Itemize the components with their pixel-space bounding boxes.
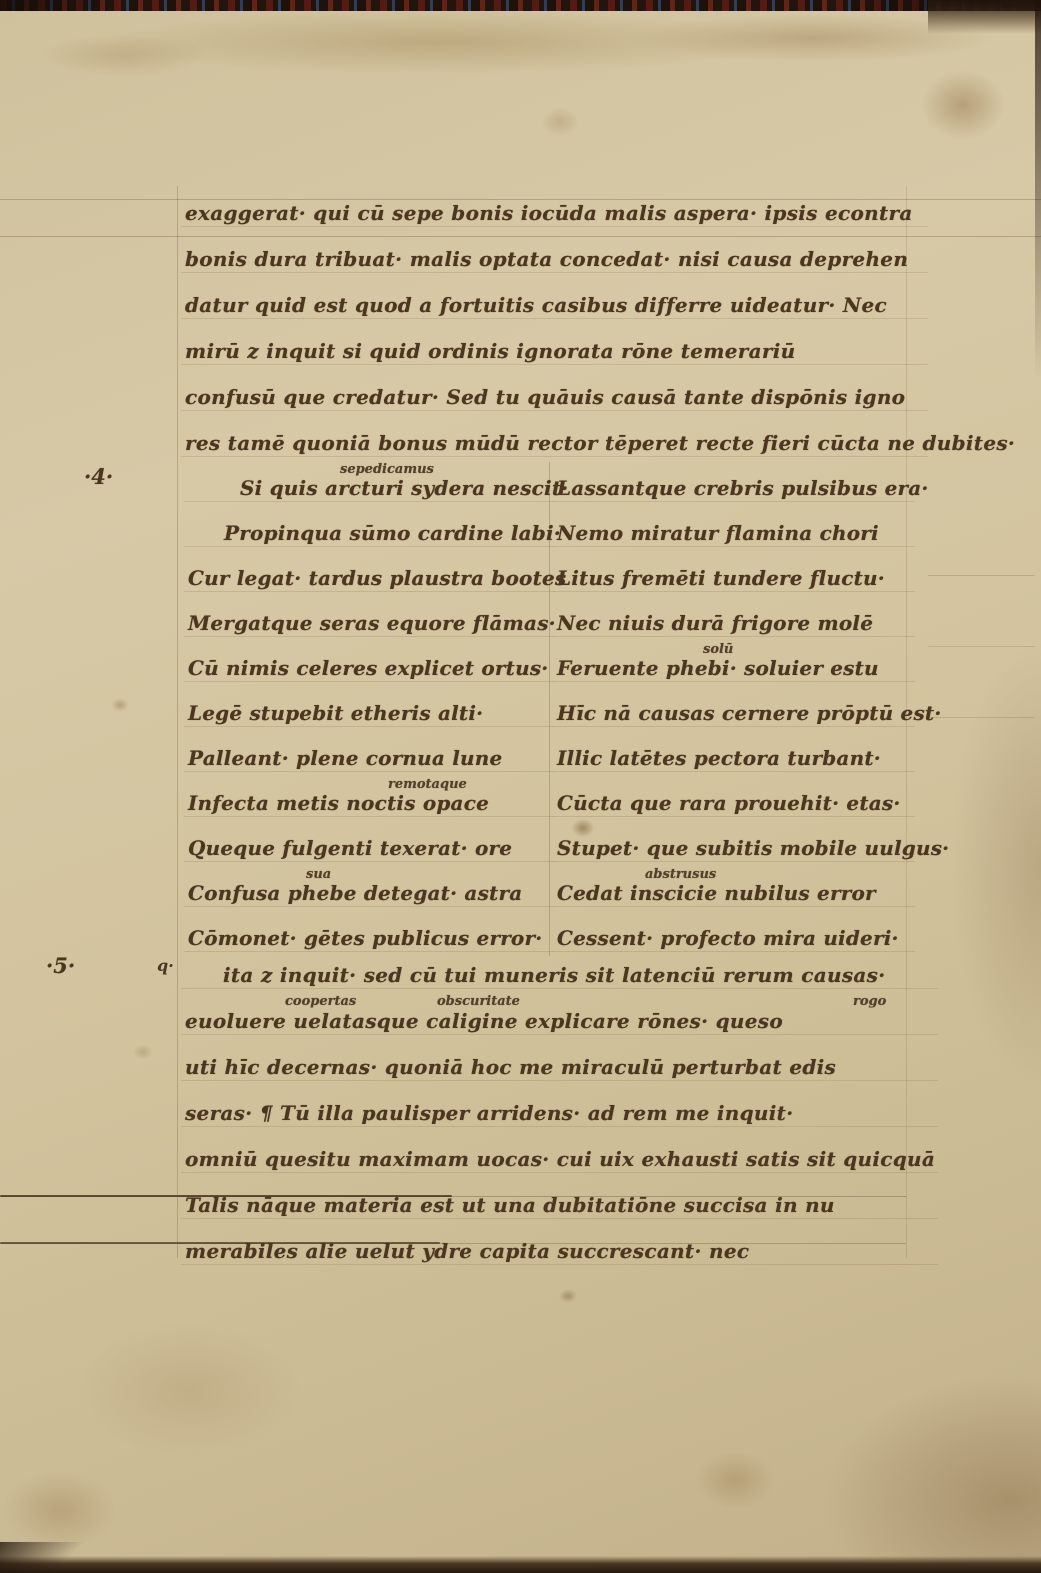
ruling-line-horizontal <box>928 575 1035 576</box>
verse-column-left: Si quis arcturi sydera nescit· sepedicam… <box>188 466 546 961</box>
verse-line-text: Cū nimis celeres explicet ortus· <box>188 656 548 680</box>
verse-line-text: Cōmonet· gētes publicus error· <box>188 926 542 950</box>
manuscript-line-text: euoluere uelatasque caligine explicare r… <box>185 1009 783 1033</box>
manuscript-line: Talis nāque materia est ut una dubitatiō… <box>185 1182 930 1228</box>
manuscript-line: exaggerat· qui cū sepe bonis iocūda mali… <box>185 190 920 236</box>
verse-line: Nemo miratur flamina chori <box>557 511 907 556</box>
verse-line: Cū nimis celeres explicet ortus· <box>188 646 546 691</box>
manuscript-line: datur quid est quod a fortuitis casibus … <box>185 282 920 328</box>
interlinear-gloss: rogo <box>853 995 886 1008</box>
verse-column-right: Lassantque crebris pulsibus era· Nemo mi… <box>557 466 907 961</box>
interlinear-gloss: coopertas <box>285 995 356 1008</box>
verse-line-text: Infecta metis noctis opace <box>188 791 489 815</box>
manuscript-line-text: exaggerat· qui cū sepe bonis iocūda mali… <box>185 201 913 225</box>
verse-line: Litus fremēti tundere fluctu· <box>557 556 907 601</box>
ruling-line-vertical-left <box>177 186 178 1258</box>
manuscript-line: merabiles alie uelut ydre capita succres… <box>185 1228 930 1274</box>
verse-line-text: Mergatque seras equore flāmas· <box>188 611 556 635</box>
verse-line-text: Nemo miratur flamina chori <box>557 521 879 545</box>
manuscript-page: ·4· ·5· q· exaggerat· qui cū sepe bonis … <box>0 0 1041 1573</box>
verse-line-text: Litus fremēti tundere fluctu· <box>557 566 885 590</box>
verse-line: Legē stupebit etheris alti· <box>188 691 546 736</box>
verse-line-text: Lassantque crebris pulsibus era· <box>557 476 929 500</box>
interlinear-gloss: solū <box>703 643 733 656</box>
interlinear-gloss: sepedicamus <box>288 463 434 476</box>
verse-line: Cedat inscicie nubilus error abstrusus <box>557 871 907 916</box>
verse-line-text: Si quis arcturi sydera nescit· <box>240 476 568 500</box>
interlinear-gloss: remotaque <box>388 778 467 791</box>
verse-line-text: Cur legat· tardus plaustra bootes <box>188 566 566 590</box>
manuscript-line-text: mirū z inquit si quid ordinis ignorata r… <box>185 339 795 363</box>
manuscript-line-text: datur quid est quod a fortuitis casibus … <box>185 293 887 317</box>
manuscript-line: uti hīc decernas· quoniā hoc me miraculū… <box>185 1044 930 1090</box>
verse-line: Illic latētes pectora turbant· <box>557 736 907 781</box>
verse-line-text: Cedat inscicie nubilus error <box>557 881 876 905</box>
manuscript-line: euoluere uelatasque caligine explicare r… <box>185 998 930 1044</box>
verse-line: Palleant· plene cornua lune <box>188 736 546 781</box>
margin-number-5: ·5· <box>46 953 75 978</box>
manuscript-line-text: ita z inquit· sed cū tui muneris sit lat… <box>223 963 885 987</box>
page-edge-top-right <box>928 0 1041 34</box>
verse-line-text: Palleant· plene cornua lune <box>188 746 502 770</box>
verse-line: Queque fulgenti texerat· ore <box>188 826 546 871</box>
manuscript-line: seras· ¶ Tū illa paulisper arridens· ad … <box>185 1090 930 1136</box>
manuscript-line-text: confusū que credatur· Sed tu quāuis caus… <box>185 385 905 409</box>
interlinear-gloss: obscuritate <box>437 995 520 1008</box>
manuscript-line: bonis dura tribuat· malis optata conceda… <box>185 236 920 282</box>
prose-block-bottom: ita z inquit· sed cū tui muneris sit lat… <box>185 952 930 1274</box>
prose-block-top: exaggerat· qui cū sepe bonis iocūda mali… <box>185 190 920 466</box>
margin-number-4: ·4· <box>84 464 113 489</box>
verse-line-text: Illic latētes pectora turbant· <box>557 746 881 770</box>
verse-line: Stupet· que subitis mobile uulgus· <box>557 826 907 871</box>
verse-line: Si quis arcturi sydera nescit· sepedicam… <box>188 466 546 511</box>
page-edge-bottom <box>0 1556 1041 1573</box>
manuscript-line-text: omniū quesitu maximam uocas· cui uix exh… <box>185 1147 935 1171</box>
verse-line-text: Feruente phebi· soluier estu <box>557 656 879 680</box>
verse-line: Confusa phebe detegat· astra sua <box>188 871 546 916</box>
manuscript-line-text: res tamē quoniā bonus mūdū rector tēpere… <box>185 431 1015 455</box>
verse-line-text: Stupet· que subitis mobile uulgus· <box>557 836 949 860</box>
manuscript-line-text: Talis nāque materia est ut una dubitatiō… <box>185 1193 835 1217</box>
manuscript-line-text: bonis dura tribuat· malis optata conceda… <box>185 247 908 271</box>
verse-line-text: Hīc nā causas cernere prōptū est· <box>557 701 942 725</box>
verse-line-text: Nec niuis durā frigore molē <box>557 611 873 635</box>
manuscript-line-text: seras· ¶ Tū illa paulisper arridens· ad … <box>185 1101 793 1125</box>
verse-line-text: Propinqua sūmo cardine labi· <box>224 521 561 545</box>
verse-line: Hīc nā causas cernere prōptū est· <box>557 691 907 736</box>
verse-line: Nec niuis durā frigore molē <box>557 601 907 646</box>
manuscript-line: res tamē quoniā bonus mūdū rector tēpere… <box>185 420 920 466</box>
paragraph-mark: q· <box>157 956 174 975</box>
verse-line-text: Legē stupebit etheris alti· <box>188 701 483 725</box>
binding-edge-top-shade <box>0 0 1041 11</box>
manuscript-line-text: uti hīc decernas· quoniā hoc me miraculū… <box>185 1055 836 1079</box>
verse-line-text: Queque fulgenti texerat· ore <box>188 836 512 860</box>
verse-line: Feruente phebi· soluier estu solū <box>557 646 907 691</box>
verse-line: Cūcta que rara prouehit· etas· <box>557 781 907 826</box>
verse-line: Cur legat· tardus plaustra bootes <box>188 556 546 601</box>
manuscript-line: ita z inquit· sed cū tui muneris sit lat… <box>185 952 930 998</box>
ruling-line-horizontal <box>928 646 1035 647</box>
verse-line-text: Cessent· profecto mira uideri· <box>557 926 899 950</box>
interlinear-gloss: sua <box>306 868 331 881</box>
verse-line-text: Cūcta que rara prouehit· etas· <box>557 791 901 815</box>
manuscript-line: omniū quesitu maximam uocas· cui uix exh… <box>185 1136 930 1182</box>
verse-line: Lassantque crebris pulsibus era· <box>557 466 907 511</box>
manuscript-line: confusū que credatur· Sed tu quāuis caus… <box>185 374 920 420</box>
manuscript-line: mirū z inquit si quid ordinis ignorata r… <box>185 328 920 374</box>
verse-line-text: Confusa phebe detegat· astra <box>188 881 522 905</box>
interlinear-gloss: abstrusus <box>645 868 716 881</box>
page-edge-right <box>1035 0 1041 380</box>
ruling-line-horizontal <box>928 717 1035 718</box>
verse-line: Infecta metis noctis opace remotaque <box>188 781 546 826</box>
verse-line: Mergatque seras equore flāmas· <box>188 601 546 646</box>
verse-line: Propinqua sūmo cardine labi· <box>188 511 546 556</box>
page-edge-bottom-left <box>0 1542 90 1573</box>
manuscript-line-text: merabiles alie uelut ydre capita succres… <box>185 1239 749 1263</box>
